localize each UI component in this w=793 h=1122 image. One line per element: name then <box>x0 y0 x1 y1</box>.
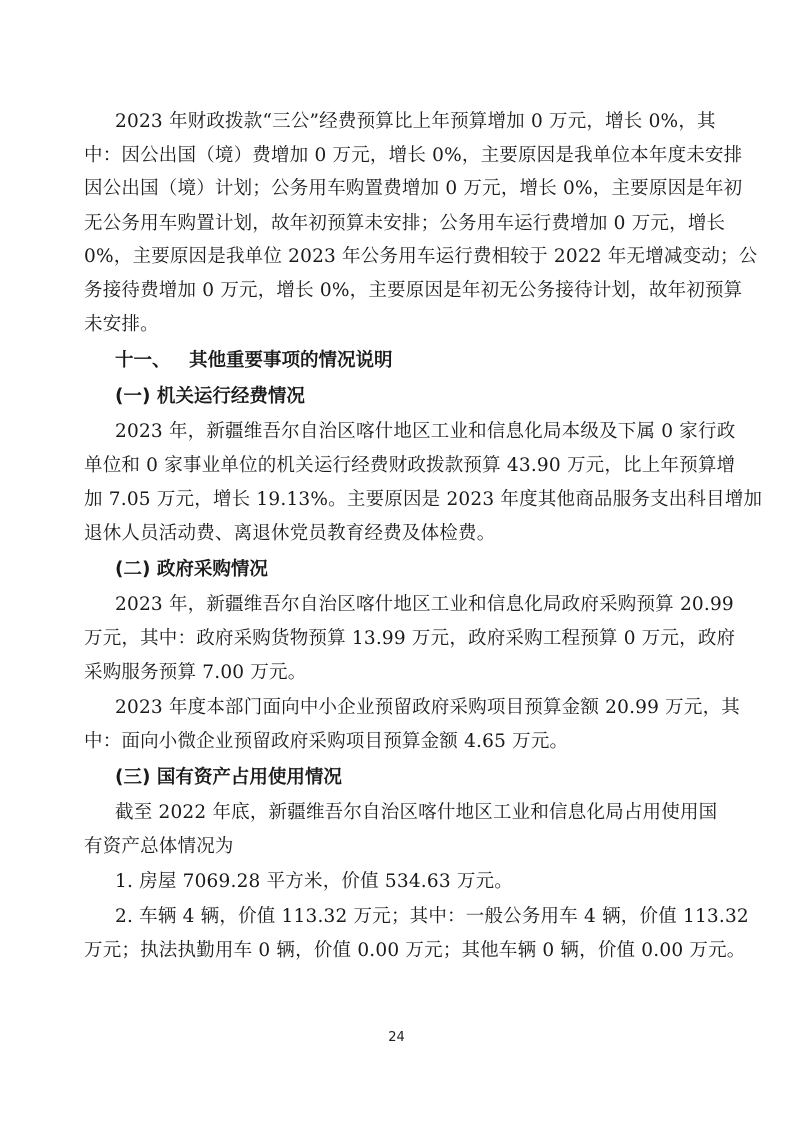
text-line: 1. 房屋 7069.28 平方米，价值 534.63 万元。 <box>115 865 706 899</box>
page-number: 24 <box>0 1030 793 1045</box>
text-line: 2023 年，新疆维吾尔自治区喀什地区工业和信息化局政府采购预算 20.99 <box>115 588 706 622</box>
section-title: 其他重要事项的情况说明 <box>189 350 393 371</box>
section-heading: 十一、其他重要事项的情况说明 <box>115 344 393 378</box>
text-line: 无公务用车购置计划，故年初预算未安排；公务用车运行费增加 0 万元，增长 <box>84 207 706 241</box>
text-line: 退休人员活动费、离退休党员教育经费及体检费。 <box>84 517 706 551</box>
text-line: 万元；执法执勤用车 0 辆，价值 0.00 万元；其他车辆 0 辆，价值 0.0… <box>84 934 706 968</box>
text-line: 因公出国（境）计划；公务用车购置费增加 0 万元，增长 0%，主要原因是年初 <box>84 172 706 206</box>
text-line: 中：面向小微企业预留政府采购项目预算金额 4.65 万元。 <box>84 725 706 759</box>
text-line: 万元，其中：政府采购货物预算 13.99 万元，政府采购工程预算 0 万元，政府 <box>84 622 706 656</box>
text-line: 2023 年度本部门面向中小企业预留政府采购项目预算金额 20.99 万元，其 <box>115 691 706 725</box>
text-line: 未安排。 <box>84 308 706 342</box>
text-line: 中：因公出国（境）费增加 0 万元，增长 0%，主要原因是我单位本年度未安排 <box>84 139 706 173</box>
text-line: 2023 年，新疆维吾尔自治区喀什地区工业和信息化局本级及下属 0 家行政 <box>115 415 706 449</box>
text-line: 单位和 0 家事业单位的机关运行经费财政拨款预算 43.90 万元，比上年预算增 <box>84 449 706 483</box>
subsection-heading-1: (一) 机关运行经费情况 <box>115 380 305 414</box>
text-line: 2023 年财政拨款“三公”经费预算比上年预算增加 0 万元，增长 0%，其 <box>115 105 706 139</box>
document-page: 2023 年财政拨款“三公”经费预算比上年预算增加 0 万元，增长 0%，其 中… <box>0 0 793 1122</box>
text-line: 务接待费增加 0 万元，增长 0%，主要原因是年初无公务接待计划，故年初预算 <box>84 274 706 308</box>
subsection-heading-3: (三) 国有资产占用使用情况 <box>115 761 342 795</box>
text-line: 2. 车辆 4 辆，价值 113.32 万元；其中：一般公务用车 4 辆，价值 … <box>115 900 706 934</box>
subsection-heading-2: (二) 政府采购情况 <box>115 553 268 587</box>
text-line: 加 7.05 万元，增长 19.13%。主要原因是 2023 年度其他商品服务支… <box>84 483 706 517</box>
section-number: 十一、 <box>115 344 189 378</box>
text-line: 截至 2022 年底，新疆维吾尔自治区喀什地区工业和信息化局占用使用国 <box>115 796 706 830</box>
text-line: 有资产总体情况为 <box>84 830 706 864</box>
text-line: 采购服务预算 7.00 万元。 <box>84 656 706 690</box>
text-line: 0%，主要原因是我单位 2023 年公务用车运行费相较于 2022 年无增减变动… <box>84 240 706 274</box>
